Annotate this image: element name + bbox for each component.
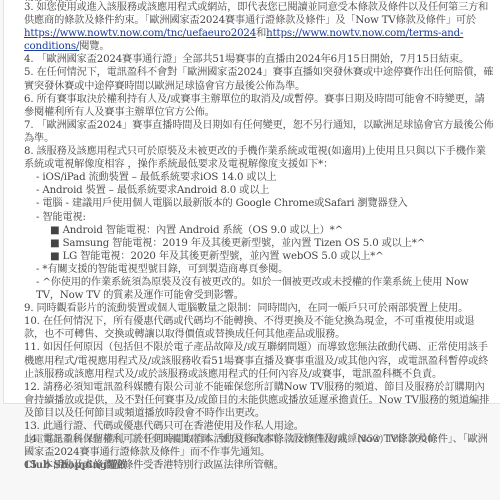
terms-item-4: 4. 「歐洲國家盃2024賽事通行證」全部共51場賽事的直播由2024年6月15… — [24, 53, 494, 66]
terms-item-5: 5. 在任何情況下，電訊盈科不會對「歐洲國家盃2024」賽事直播如突發休賽或中途… — [24, 66, 494, 92]
terms-item-9: 9. 同時觀看影片的流動裝置或個人電腦數量之限制：同時間內，在同一帳戶只可於兩部… — [24, 302, 494, 315]
terms-item-3-end: 閱覽。 — [79, 41, 109, 52]
auto-email-notice: 此電郵是系統自動發出，請不要回覆此電郵。如有任何疑問，請致電服務熱線(852) … — [24, 431, 494, 445]
req-tv-lg: ■ LG 智能電視：2020 年及其後更新型號，並內置 webOS 5.0 或以… — [24, 250, 494, 263]
req-smart-tv: - 智能電視: — [24, 211, 494, 224]
req-tv-samsung: ■ Samsung 智能電視：2019 年及其後更新型號，並內置 Tizen O… — [24, 237, 494, 250]
req-tv-android: ■ Android 智能電視：內置 Android 系統（OS 9.0 或以上）… — [24, 224, 494, 237]
req-pc: - 電腦 - 建議用戶使用個人電腦以最新版本的 Google Chrome或Sa… — [24, 197, 494, 210]
req-android: - Android 裝置 – 最低系統要求Android 8.0 或以上 — [24, 184, 494, 197]
terms-item-3: 3. 如您使用或進入該服務或該應用程式或網站，即代表您已閱讀並同意受本條款及條件… — [24, 1, 494, 53]
terms-item-11: 11. 如因任何原因（包括但不限於電子產品故障及/或互聯網問題）而導致您無法啟動… — [24, 341, 494, 380]
terms-item-6: 6. 所有賽事取決於權利持有人及/或賽事主辦單位的取消及/或暫停。賽事日期及時間… — [24, 93, 494, 119]
terms-item-8: 8. 該服務及該應用程式只可於原裝及未被更改的手機作業系統或電視(如適用)上使用… — [24, 145, 494, 171]
terms-item-3-text: 3. 如您使用或進入該服務或該應用程式或網站，即代表您已閱讀並同意受本條款及條件… — [24, 2, 488, 26]
signature: Club Shopping謹啟 — [24, 456, 127, 471]
terms-item-12: 12. 請務必須知電訊盈科媒體有限公司並不能確保您所訂購Now TV服務的頻道、… — [24, 381, 494, 420]
uefaeuro-tnc-link[interactable]: https://www.nowtv.now.com/tnc/uefaeuro20… — [24, 28, 256, 39]
req-note-tv-list: - *有關支援的智能電視型號目錄，可到製造商專頁參閱。 — [24, 263, 494, 276]
req-note-os: - ^你使用的作業系統須為原裝及沒有被更改的。如於一個被更改或未授權的作業系統上… — [12, 276, 494, 302]
req-ios: - iOS/iPad 流動裝置 – 最低系統要求iOS 14.0 或以上 — [24, 171, 494, 184]
terms-item-7: 7. 「歐洲國家盃2024」賽事直播時間及日期如有任何變更，恕不另行通知，以歐洲… — [24, 119, 494, 145]
and-text: 和 — [256, 28, 266, 39]
terms-item-10: 10. 在任何情況下，所有優惠代碼或代碼均不能轉換、不得更換及不能兌換為現金，不… — [24, 315, 494, 341]
terms-list: 本條款及條件。 3. 如您使用或進入該服務或該應用程式或網站，即代表您已閱讀並同… — [24, 0, 494, 472]
